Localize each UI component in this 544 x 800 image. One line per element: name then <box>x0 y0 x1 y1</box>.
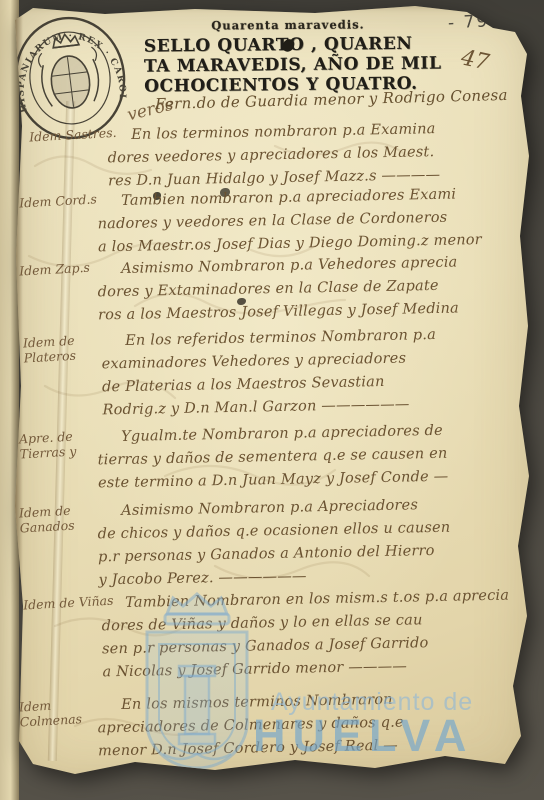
paper-sheet: HISPANIARUM · REX · CAROLUS · IV · D · G… <box>15 6 537 788</box>
huelva-coat-of-arms-watermark <box>129 588 265 790</box>
watermark-text-huelva: HUELVA <box>253 710 473 762</box>
tax-value-header: Quarenta maravedis. <box>183 17 393 32</box>
document-page: HISPANIARUM · REX · CAROLUS · IV · D · G… <box>15 6 537 790</box>
scanned-manuscript-page: { "page": { "folio_number": "- 79 -", "c… <box>0 0 544 800</box>
folio-number: - 79 - <box>448 11 506 34</box>
